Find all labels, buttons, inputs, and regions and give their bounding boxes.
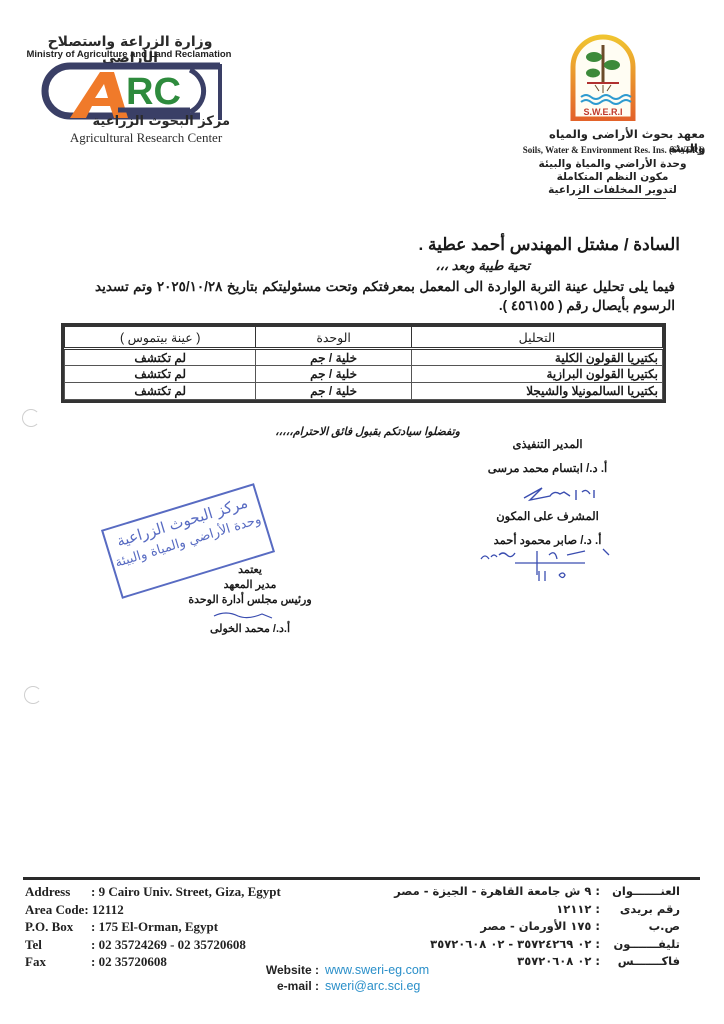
cell-result: لم تكتشف	[65, 349, 256, 366]
footer-row: e-mail :sweri@arc.sci.eg	[255, 978, 429, 994]
table-row: بكتيريا السالمونيلا والشيجلا خلية / جم ل…	[65, 383, 663, 400]
footer-row: Tel: 02 35724269 - 02 35720608	[25, 936, 281, 954]
footer-row: العنـــــــوان: ٩ ش جامعة القاهرة - الجي…	[375, 883, 680, 901]
footer-value: : 02 35720608	[91, 953, 167, 971]
cell-analysis: بكتيريا القولون البرازية	[411, 366, 662, 383]
footer-label: Address	[25, 883, 91, 901]
email-link[interactable]: sweri@arc.sci.eg	[325, 978, 420, 994]
footer-row: P.O. Box: 175 El-Orman, Egypt	[25, 918, 281, 936]
arc-name-english: Agricultural Research Center	[58, 130, 234, 146]
cell-analysis: بكتيريا السالمونيلا والشيجلا	[411, 383, 662, 400]
cell-unit: خلية / جم	[256, 349, 411, 366]
punch-hole-icon	[24, 686, 42, 704]
unit-line: لتدوير المخلفات الزراعية	[520, 184, 705, 197]
footer-label: العنـــــــوان	[600, 883, 680, 901]
footer-row: تليفـــــــون: ٠٢ ٣٥٧٢٤٢٦٩ - ٠٢ ٣٥٧٢٠٦٠٨	[375, 936, 680, 954]
sweri-emblem-icon: S.W.E.R.I	[569, 33, 637, 121]
divider	[578, 198, 666, 199]
greeting: تحية طيبة وبعد ،،،	[250, 258, 530, 274]
footer-value: : ٩ ش جامعة القاهرة - الجيزة - مصر	[394, 883, 600, 901]
footer-contact-english: Address: 9 Cairo Univ. Street, Giza, Egy…	[25, 883, 281, 971]
table-header-row: التحليل الوحدة ( عينة بيتموس )	[65, 327, 663, 349]
footer-divider	[23, 877, 700, 880]
approval-role-board-chair: ورئيس مجلس أدارة الوحدة	[170, 593, 330, 606]
arc-name-arabic: مركز البحوث الزراعية	[70, 114, 230, 129]
cell-unit: خلية / جم	[256, 366, 411, 383]
cell-result: لم تكتشف	[65, 366, 256, 383]
supervisor-title: المشرف على المكون	[455, 509, 640, 523]
footer-value: : ٠٢ ٣٥٧٢٤٢٦٩ - ٠٢ ٣٥٧٢٠٦٠٨	[430, 936, 600, 954]
cell-analysis: بكتيريا القولون الكلية	[411, 349, 662, 366]
svg-text:S.W.E.R.I: S.W.E.R.I	[583, 107, 622, 117]
intro-paragraph: فيما يلى تحليل عينة التربة الواردة الى ا…	[95, 277, 675, 315]
executive-director-title: المدير التنفيذى	[455, 437, 640, 451]
ministry-name-english: Ministry of Agriculture and Land Reclama…	[26, 49, 232, 60]
header-sample: ( عينة بيتموس )	[65, 327, 256, 349]
footer-value: : 175 El-Orman, Egypt	[91, 918, 218, 936]
footer-web-contact: Website :www.sweri-eg.com e-mail :sweri@…	[255, 962, 429, 994]
arc-logo-icon: RC	[30, 60, 230, 122]
footer-label: Fax	[25, 953, 91, 971]
punch-hole-icon	[22, 409, 40, 427]
website-link[interactable]: www.sweri-eg.com	[325, 962, 429, 978]
footer-value: : ٠٢ ٣٥٧٢٠٦٠٨	[517, 953, 600, 971]
footer-label: فاكـــــــس	[600, 953, 680, 971]
signature-with-date-icon	[475, 545, 625, 587]
header-unit: الوحدة	[256, 327, 411, 349]
footer-row: Fax: 02 35720608	[25, 953, 281, 971]
footer-label: ص.ب	[600, 918, 680, 936]
footer-row: Address: 9 Cairo Univ. Street, Giza, Egy…	[25, 883, 281, 901]
sweri-unit-name: وحدة الأراضي والمياة والبيئة مكون النظم …	[520, 158, 705, 197]
footer-row: ص.ب: ١٧٥ الأورمان - مصر	[375, 918, 680, 936]
approval-name: أ.د./ محمد الخولى	[170, 622, 330, 635]
footer-row: Area Code: 12112	[25, 901, 281, 919]
table-row: بكتيريا القولون البرازية خلية / جم لم تك…	[65, 366, 663, 383]
footer-value: : 9 Cairo Univ. Street, Giza, Egypt	[91, 883, 281, 901]
unit-line: مكون النظم المتكاملة	[520, 171, 705, 184]
website-label: Website :	[255, 962, 325, 978]
footer-label: Tel	[25, 936, 91, 954]
table-row: بكتيريا القولون الكلية خلية / جم لم تكتش…	[65, 349, 663, 366]
footer-label: P.O. Box	[25, 918, 91, 936]
footer-row: Website :www.sweri-eg.com	[255, 962, 429, 978]
header-analysis: التحليل	[411, 327, 662, 349]
footer-value: : ١٢١١٢	[556, 901, 600, 919]
footer-label: رقم بريدى	[600, 901, 680, 919]
closing-line: وتفضلوا سيادتكم بقبول فائق الاحترام،،،،،	[230, 425, 460, 438]
signature-icon	[520, 482, 600, 506]
svg-text:RC: RC	[126, 71, 181, 113]
sweri-name-english: Soils, Water & Environment Res. Ins. (SW…	[510, 145, 705, 155]
unit-line: وحدة الأراضي والمياة والبيئة	[520, 158, 705, 171]
footer-value: : 12112	[84, 901, 123, 919]
signature-icon	[210, 608, 280, 620]
addressee: السادة / مشتل المهندس أحمد عطية .	[300, 235, 680, 255]
results-table: التحليل الوحدة ( عينة بيتموس ) بكتيريا ا…	[61, 323, 666, 403]
footer-label: تليفـــــــون	[600, 936, 680, 954]
footer-contact-arabic: العنـــــــوان: ٩ ش جامعة القاهرة - الجي…	[375, 883, 680, 971]
cell-result: لم تكتشف	[65, 383, 256, 400]
footer-value: : ١٧٥ الأورمان - مصر	[480, 918, 600, 936]
cell-unit: خلية / جم	[256, 383, 411, 400]
footer-label: Area Code	[25, 901, 84, 919]
approval-role-director: مدير المعهد	[170, 578, 330, 591]
footer-value: : 02 35724269 - 02 35720608	[91, 936, 246, 954]
email-label: e-mail :	[255, 978, 325, 994]
footer-row: رقم بريدى: ١٢١١٢	[375, 901, 680, 919]
executive-director-name: أ. د./ ابتسام محمد مرسى	[455, 461, 640, 475]
